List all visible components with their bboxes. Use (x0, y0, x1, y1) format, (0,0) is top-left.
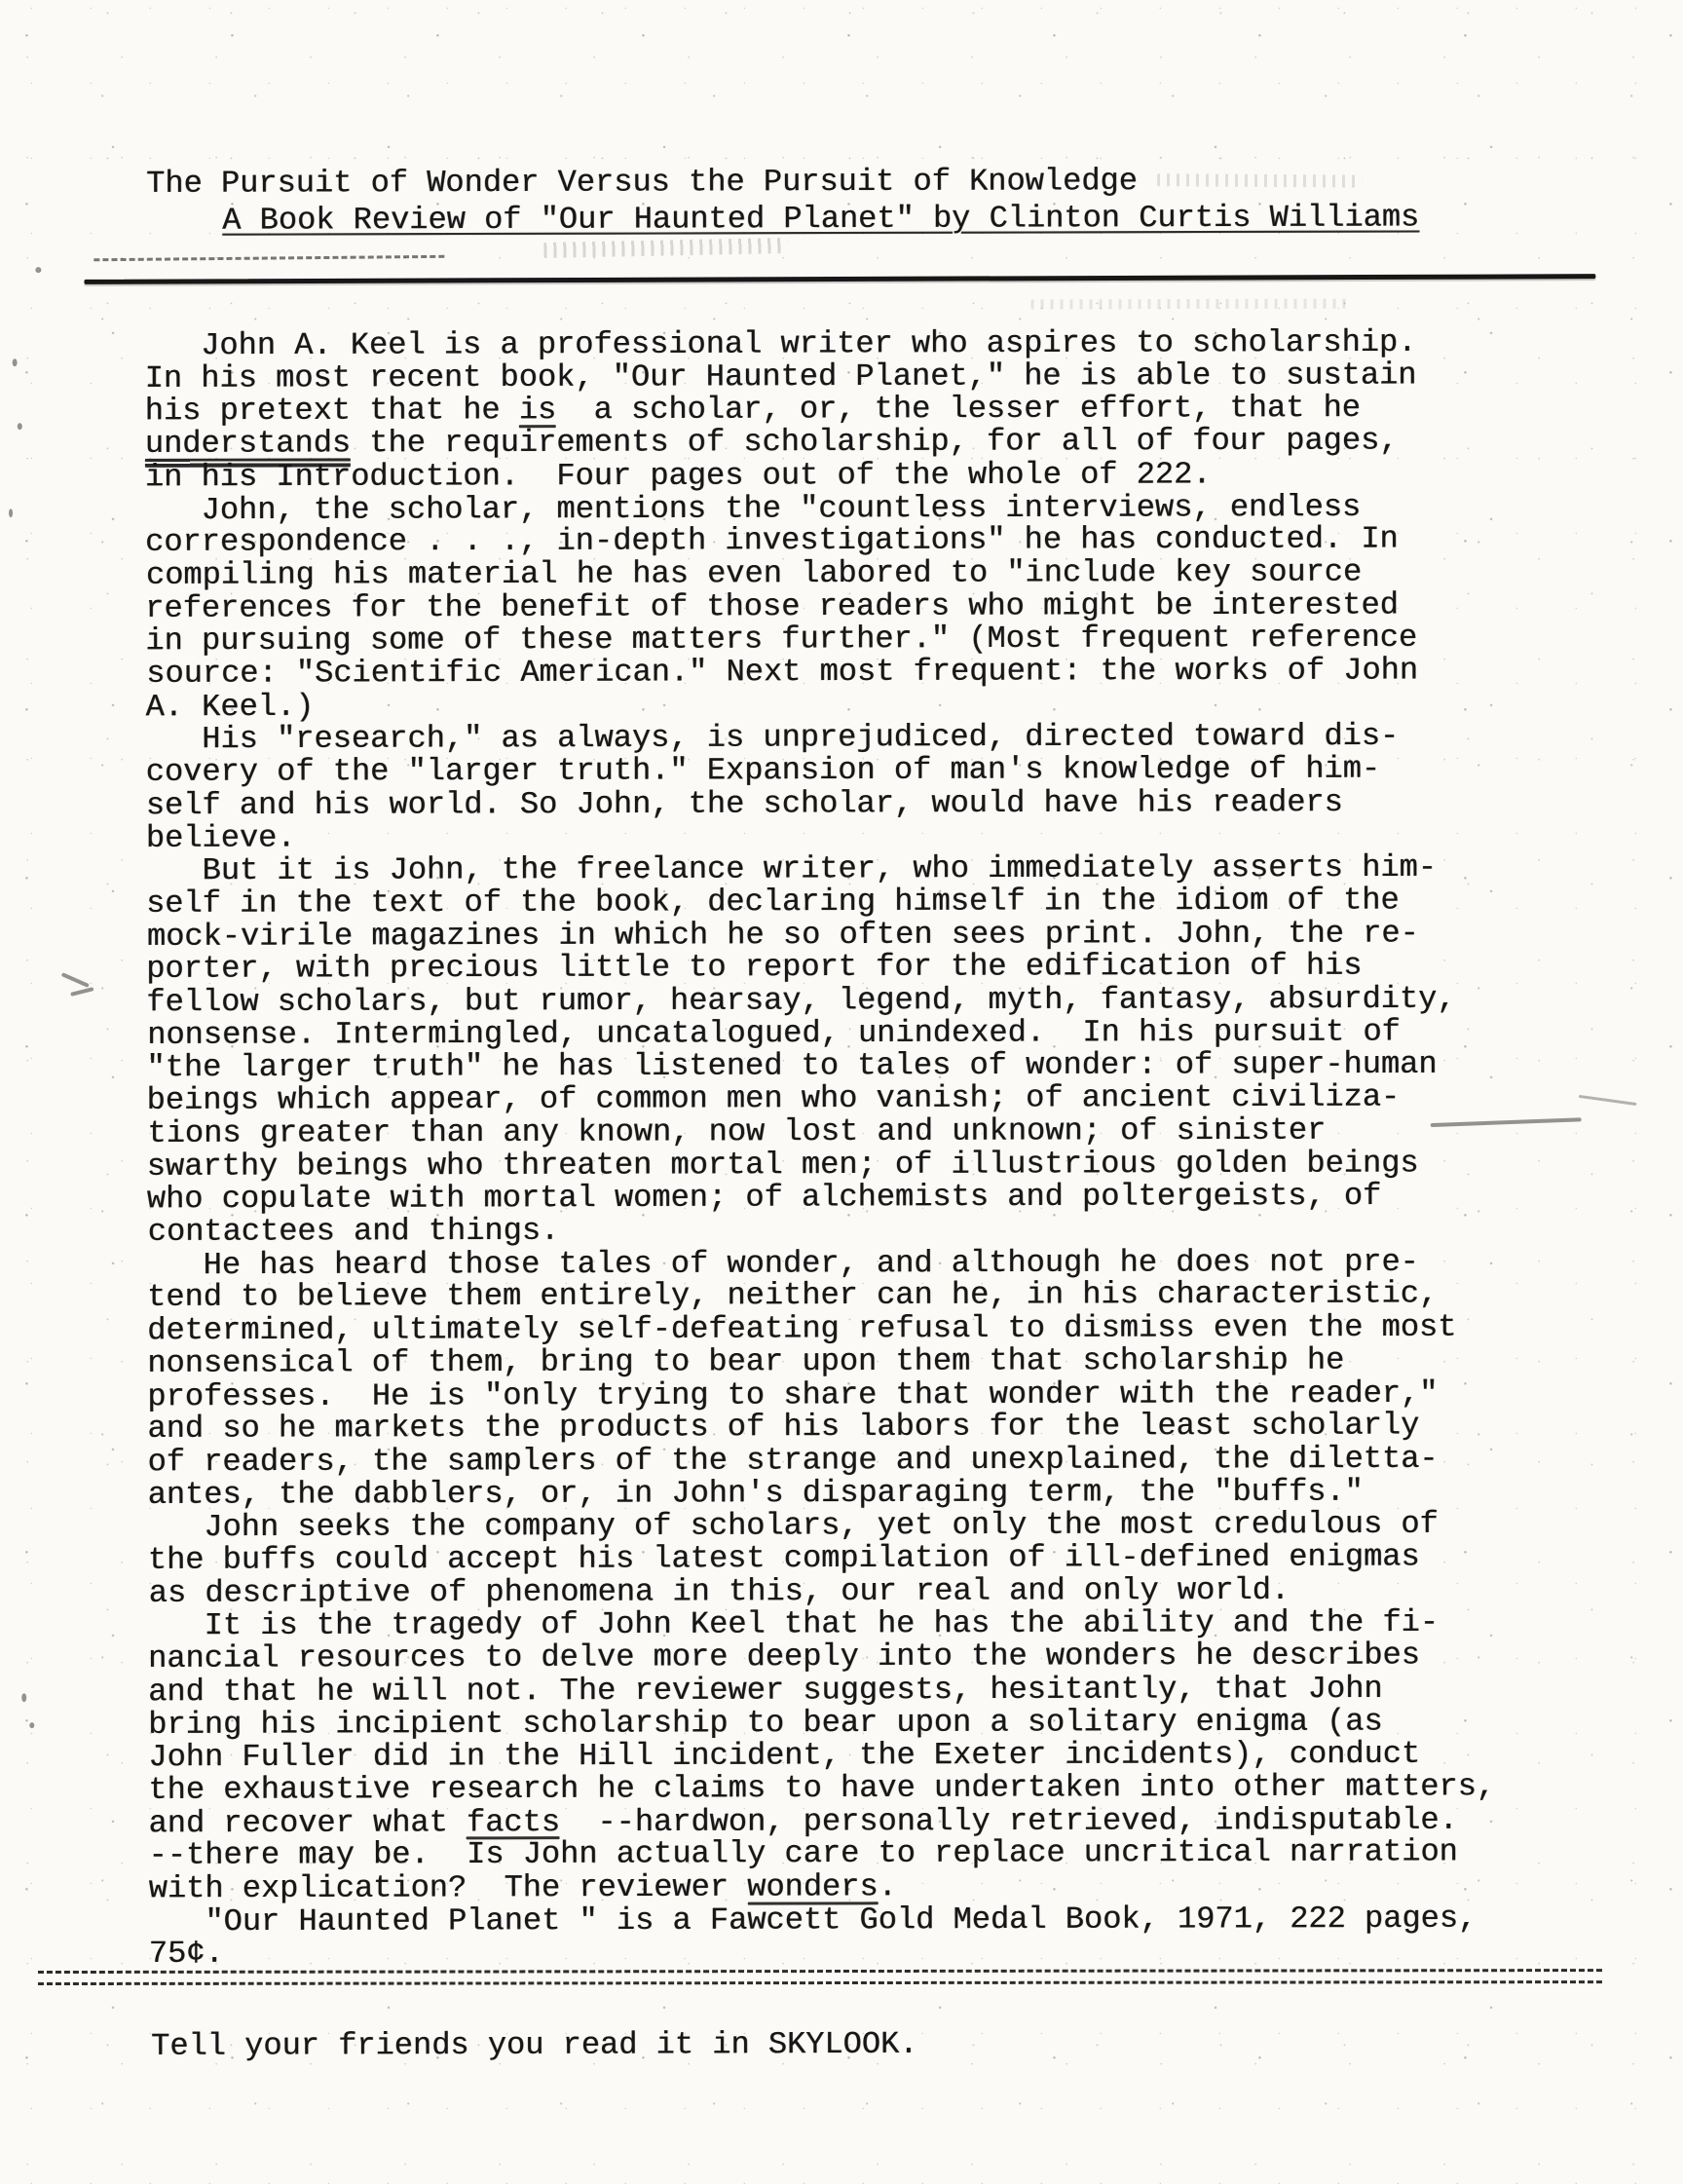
scan-smudge (1030, 299, 1352, 310)
scan-smudge (543, 238, 787, 258)
scanned-page: The Pursuit of Wonder Versus the Pursuit… (0, 0, 1683, 2184)
paragraph-4: But it is John, the freelance writer, wh… (146, 850, 1494, 1248)
document-body: John A. Keel is a professional writer wh… (145, 325, 1496, 1971)
subtitle-underline-decoration (93, 255, 444, 261)
text-line: the buffs could accept his latest compil… (148, 1540, 1495, 1576)
paragraph-6: John seeks the company of scholars, yet … (148, 1508, 1495, 1610)
scan-speckle (9, 508, 13, 517)
page-content: The Pursuit of Wonder Versus the Pursuit… (0, 0, 1683, 2184)
scan-smudge (1157, 173, 1362, 188)
scan-speckle (35, 267, 41, 273)
paragraph-2: John, the scholar, mentions the "countle… (145, 490, 1492, 724)
paragraph-1: John A. Keel is a professional writer wh… (145, 325, 1492, 493)
text-line: who copulate with mortal women; of alche… (147, 1180, 1494, 1216)
text-line: self and his world. So John, the scholar… (146, 785, 1493, 821)
scan-speckle (1579, 1095, 1637, 1106)
document-subtitle: A Book Review of "Our Haunted Planet" by… (146, 199, 1419, 239)
text-line: source: "Scientific American." Next most… (146, 654, 1493, 690)
text-line: "Our Haunted Planet " is a Fawcett Gold … (149, 1902, 1496, 1938)
paragraph-8: "Our Haunted Planet " is a Fawcett Gold … (149, 1902, 1496, 1971)
footer-tagline: Tell your friends you read it in SKYLOOK… (151, 2026, 917, 2064)
paragraph-7: It is the tragedy of John Keel that he h… (148, 1606, 1495, 1905)
paragraph-5: He has heard those tales of wonder, and … (147, 1245, 1494, 1511)
text-line: understands the requirements of scholars… (145, 424, 1492, 460)
scan-speckle (29, 1722, 34, 1728)
scan-speckle (70, 987, 93, 997)
text-line: --there may be. Is John actually care to… (149, 1836, 1496, 1872)
bottom-horizontal-rule (38, 1969, 1602, 1985)
paragraph-3: His "research," as always, is unprejudic… (146, 720, 1493, 854)
scan-speckle (18, 423, 22, 430)
scan-speckle (61, 972, 90, 988)
text-line: 75¢. (149, 1935, 1496, 1971)
scan-speckle (21, 1693, 26, 1702)
top-horizontal-rule (84, 274, 1595, 284)
scan-speckle (13, 358, 18, 366)
